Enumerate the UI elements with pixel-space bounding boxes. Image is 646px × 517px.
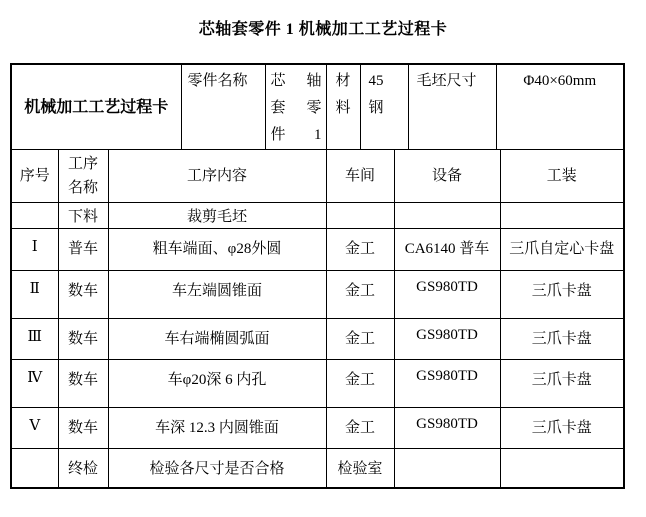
part-name-line: 芯轴 [271,68,322,95]
col-header-seq: 序号 [12,150,58,202]
table-row-op4: Ⅳ 数车 车φ20深 6 内孔 金工 GS980TD 三爪卡盘 [12,359,623,407]
table-row-blanking: 下料 裁剪毛坯 [12,202,623,228]
equipment-cell [394,448,500,487]
part-name-line: 件1 [271,122,322,149]
process-content-cell: 裁剪毛坯 [108,202,326,228]
seq-cell: Ⅴ [12,407,58,448]
process-name-cell: 数车 [58,359,108,407]
tooling-cell: 三爪卡盘 [500,318,623,359]
col-header-content: 工序内容 [108,150,326,202]
process-name-cell: 数车 [58,318,108,359]
table-row-op1: Ⅰ 普车 粗车端面、φ28外圆 金工 CA6140 普车 三爪自定心卡盘 [12,228,623,270]
equipment-cell: GS980TD [394,359,500,407]
workshop-cell: 金工 [326,228,394,270]
col-header-tooling: 工装 [500,150,623,202]
equipment-cell: CA6140 普车 [394,228,500,270]
seq-cell: Ⅱ [12,270,58,318]
tooling-cell: 三爪卡盘 [500,270,623,318]
workshop-cell: 金工 [326,318,394,359]
workshop-cell [326,202,394,228]
process-content-cell: 车φ20深 6 内孔 [108,359,326,407]
process-content-cell: 检验各尺寸是否合格 [108,448,326,487]
process-name-cell: 终检 [58,448,108,487]
seq-cell: Ⅰ [12,228,58,270]
process-content-cell: 车深 12.3 内圆锥面 [108,407,326,448]
col-header-equipment: 设备 [394,150,500,202]
process-name-cell: 下料 [58,202,108,228]
part-name-label: 零件名称 [181,65,265,150]
equipment-cell: GS980TD [394,318,500,359]
tooling-cell [500,448,623,487]
tooling-cell: 三爪卡盘 [500,359,623,407]
process-name-cell: 数车 [58,270,108,318]
process-rows-section: 序号 工序 名称 工序内容 车间 设备 工装 下料 裁剪毛坯 Ⅰ 普车 粗车端面… [12,150,623,487]
workshop-cell: 金工 [326,270,394,318]
blank-size-label: 毛坯尺寸 [408,65,496,150]
process-name-cell: 普车 [58,228,108,270]
process-content-cell: 粗车端面、φ28外圆 [108,228,326,270]
process-content-cell: 车右端椭圆弧面 [108,318,326,359]
seq-cell: Ⅳ [12,359,58,407]
part-name-line: 套零 [271,95,322,122]
equipment-cell: GS980TD [394,407,500,448]
workshop-cell: 金工 [326,359,394,407]
workshop-cell: 金工 [326,407,394,448]
part-name-value: 芯轴 套零 件1 [265,65,326,150]
tooling-cell: 三爪自定心卡盘 [500,228,623,270]
process-name-cell: 数车 [58,407,108,448]
seq-cell: Ⅲ [12,318,58,359]
page-title: 芯轴套零件 1 机械加工工艺过程卡 [0,16,646,39]
seq-cell [12,202,58,228]
table-row-op5: Ⅴ 数车 车深 12.3 内圆锥面 金工 GS980TD 三爪卡盘 [12,407,623,448]
seq-cell [12,448,58,487]
table-row-op3: Ⅲ 数车 车右端椭圆弧面 金工 GS980TD 三爪卡盘 [12,318,623,359]
process-content-cell: 车左端圆锥面 [108,270,326,318]
table-row-final-inspection: 终检 检验各尺寸是否合格 检验室 [12,448,623,487]
material-label: 材 料 [326,65,360,150]
equipment-cell [394,202,500,228]
column-header-row: 序号 工序 名称 工序内容 车间 设备 工装 [12,150,623,202]
process-card-table: 机械加工工艺过程卡 零件名称 芯轴 套零 件1 材 料 45 钢 毛坯尺寸 Φ4… [10,63,625,489]
card-title-cell: 机械加工工艺过程卡 [12,65,181,150]
col-header-workshop: 车间 [326,150,394,202]
table-row-op2: Ⅱ 数车 车左端圆锥面 金工 GS980TD 三爪卡盘 [12,270,623,318]
material-value: 45 钢 [360,65,408,150]
col-header-process-name: 工序 名称 [58,150,108,202]
equipment-cell: GS980TD [394,270,500,318]
tooling-cell: 三爪卡盘 [500,407,623,448]
tooling-cell [500,202,623,228]
card-header-section: 机械加工工艺过程卡 零件名称 芯轴 套零 件1 材 料 45 钢 毛坯尺寸 Φ4… [12,65,623,150]
blank-size-value: Φ40×60mm [496,65,623,150]
workshop-cell: 检验室 [326,448,394,487]
